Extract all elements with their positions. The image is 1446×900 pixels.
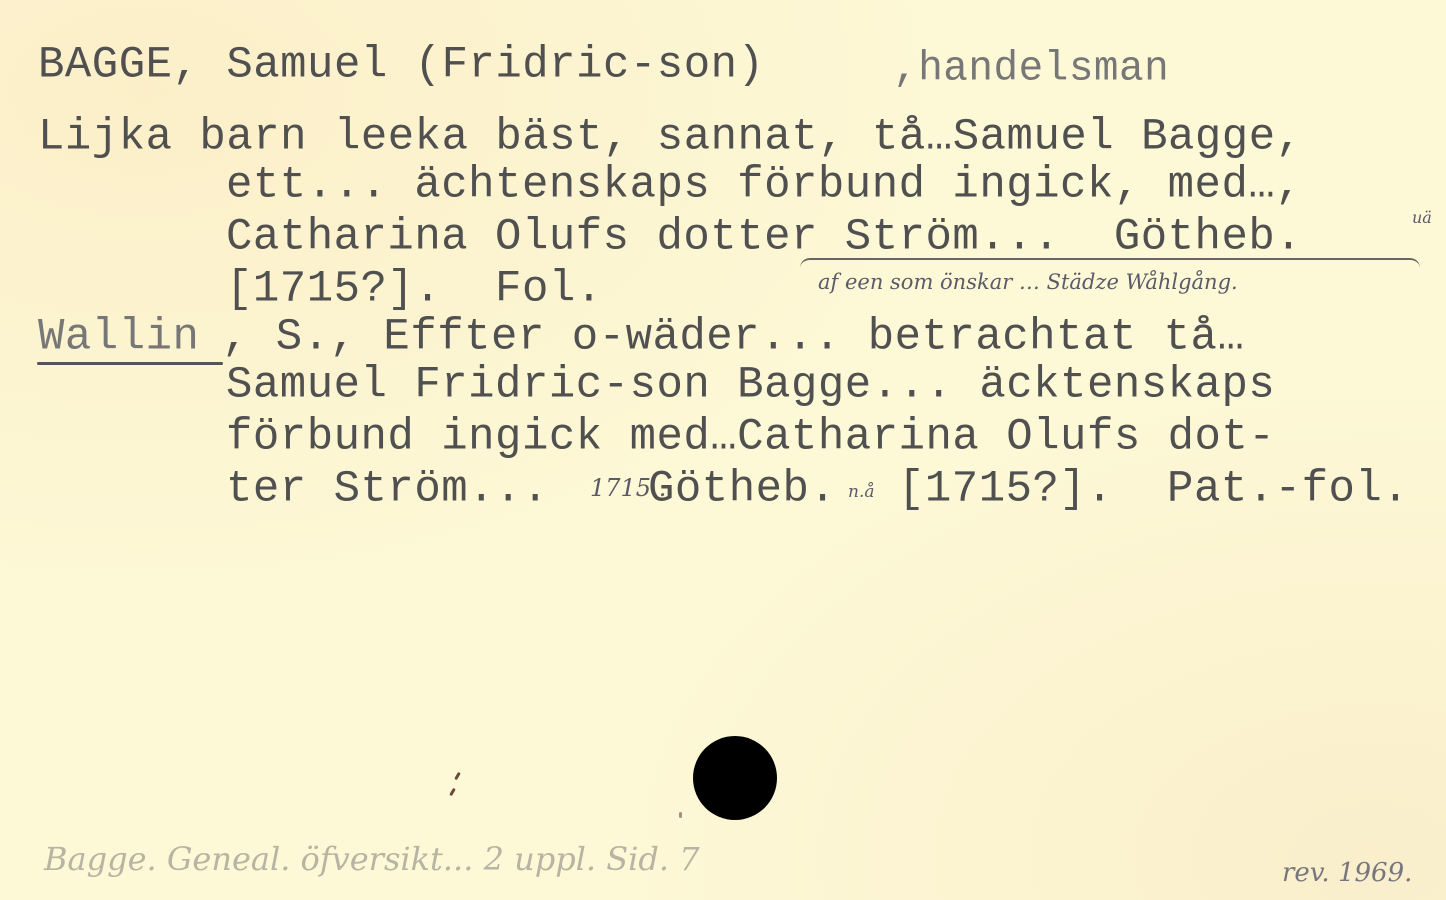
entry2-line-4a: ter Ström... <box>226 464 549 515</box>
entry1-line-3: Catharina Olufs dotter Ström... Götheb. <box>226 212 1302 263</box>
footer-revision-note: rev. 1969. <box>1282 858 1412 888</box>
ink-speck <box>449 788 456 796</box>
entry2-line-4c: [1715?]. Pat.-fol. <box>898 464 1409 515</box>
entry2-line-1-rest: , S., Effter o-wäder... betrachtat tå… <box>222 312 1244 363</box>
ink-speck <box>679 812 682 818</box>
punch-hole <box>693 736 777 820</box>
entry1-line-4: [1715?]. Fol. <box>226 264 603 315</box>
entry2-line-2: Samuel Fridric-son Bagge... äcktenskaps <box>226 360 1275 411</box>
entry1-line-1: Lijka barn leeka bäst, sannat, tå…Samuel… <box>38 112 1303 163</box>
annotation-brace <box>800 258 1420 268</box>
card-heading-occupation: ,handelsman <box>868 44 1169 95</box>
entry2-line-3: förbund ingick med…Catharina Olufs dot- <box>226 412 1275 463</box>
entry1-annotation-superscript: uä <box>1412 208 1432 227</box>
catalog-card: BAGGE, Samuel (Fridric-son) ,handelsman … <box>0 0 1446 900</box>
ink-speck <box>454 772 461 780</box>
entry1-annotation-below: af een som önskar … Städze Wåhlgång. <box>818 270 1238 294</box>
card-heading-name: BAGGE, Samuel (Fridric-son) <box>38 40 764 91</box>
entry2-handwritten-na: n.å <box>848 482 875 502</box>
author-underline <box>37 362 223 365</box>
entry2-author: Wallin <box>38 312 199 363</box>
entry2-line-4b: Götheb. <box>648 464 836 515</box>
footer-reference-note: Bagge. Geneal. öfversikt... 2 uppl. Sid.… <box>44 840 700 878</box>
entry1-line-2: ett... ächtenskaps förbund ingick, med…, <box>226 160 1302 211</box>
